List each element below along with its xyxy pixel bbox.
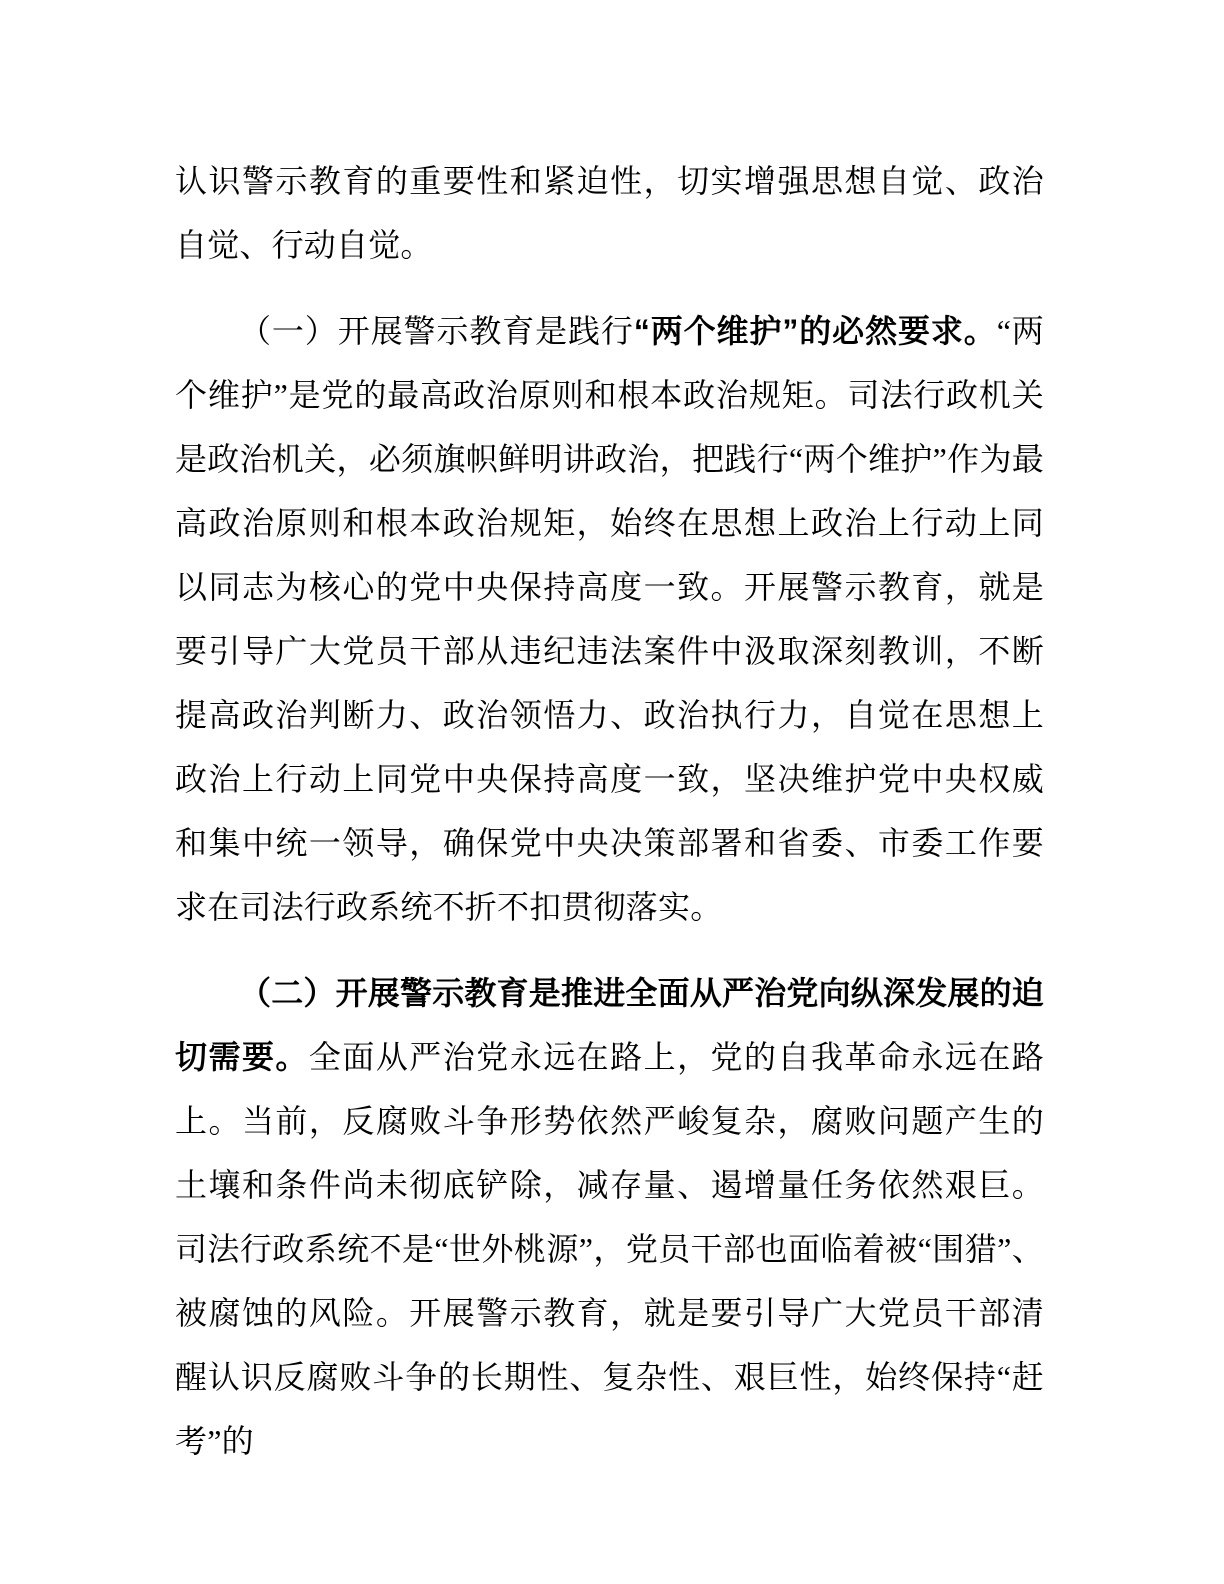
text-run: 全面从严治党永远在路上，党的自我革命永远在路上。当前，反腐败斗争形势依然严峻复杂… — [175, 1039, 1044, 1459]
bold-text-run: “两个维护”的必然要求。 — [634, 313, 997, 349]
text-run: （一）开展警示教育是践行 — [239, 313, 634, 349]
paragraph-section-2: （二）开展警示教育是推进全面从严治党向纵深发展的迫切需要。全面从严治党永远在路上… — [175, 961, 1044, 1473]
text-run: “两个维护”是党的最高政治原则和根本政治规矩。司法行政机关是政治机关，必须旗帜鲜… — [175, 313, 1044, 925]
document-body: 认识警示教育的重要性和紧迫性，切实增强思想自觉、政治自觉、行动自觉。（一）开展警… — [175, 149, 1044, 1473]
text-run: 认识警示教育的重要性和紧迫性，切实增强思想自觉、政治自觉、行动自觉。 — [175, 163, 1044, 263]
document-page: 认识警示教育的重要性和紧迫性，切实增强思想自觉、政治自觉、行动自觉。（一）开展警… — [0, 0, 1224, 1584]
paragraph-section-1: （一）开展警示教育是践行“两个维护”的必然要求。“两个维护”是党的最高政治原则和… — [175, 299, 1044, 939]
paragraph-continuation: 认识警示教育的重要性和紧迫性，切实增强思想自觉、政治自觉、行动自觉。 — [175, 149, 1044, 277]
